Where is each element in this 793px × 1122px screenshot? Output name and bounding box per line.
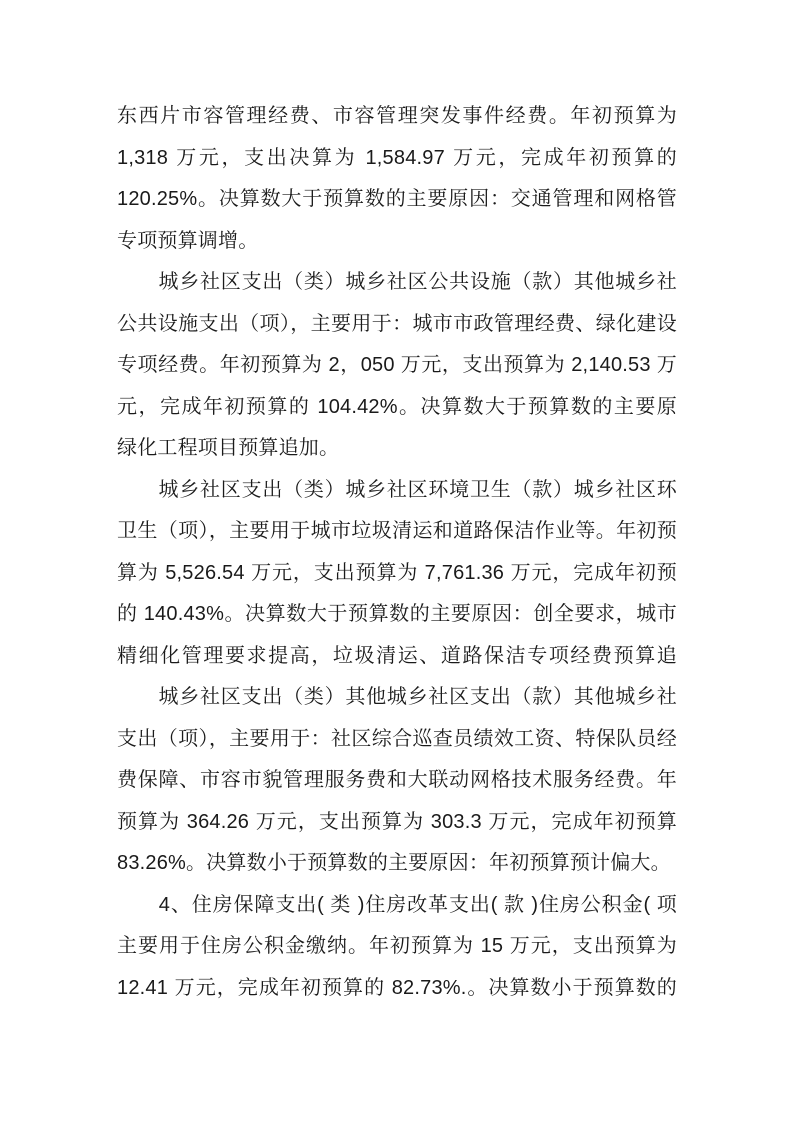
text-line: 公共设施支出（项），主要用于：城市市政管理经费、绿化建设 bbox=[117, 304, 677, 346]
text-line: 专项预算调增。 bbox=[117, 221, 677, 263]
paragraph-public-facilities: 城乡社区支出（类）城乡社区公共设施（款）其他城乡社区 公共设施支出（项），主要用… bbox=[117, 262, 677, 470]
text-line: 元，完成年初预算的 104.42%。决算数大于预算数的主要原因： bbox=[117, 387, 677, 429]
paragraph-other-community-expense: 城乡社区支出（类）其他城乡社区支出（款）其他城乡社区 支出（项），主要用于：社区… bbox=[117, 677, 677, 885]
text-line: 绿化工程项目预算追加。 bbox=[117, 428, 677, 470]
text-line: 1,318 万元，支出决算为 1,584.97 万元，完成年初预算的 bbox=[117, 138, 677, 180]
text-line: 卫生（项），主要用于城市垃圾清运和道路保洁作业等。年初预 bbox=[117, 511, 677, 553]
text-line: 支出（项），主要用于：社区综合巡查员绩效工资、特保队员经 bbox=[117, 719, 677, 761]
text-line: 120.25%。决算数大于预算数的主要原因：交通管理和网格管理 bbox=[117, 179, 677, 221]
text-line: 费保障、市容市貌管理服务费和大联动网格技术服务经费。年初 bbox=[117, 760, 677, 802]
text-line: 预算为 364.26 万元，支出预算为 303.3 万元，完成年初预算的 bbox=[117, 802, 677, 844]
text-line: 主要用于住房公积金缴纳。年初预算为 15 万元，支出预算为 bbox=[117, 926, 677, 968]
text-line: 精细化管理要求提高，垃圾清运、道路保洁专项经费预算追加。 bbox=[117, 636, 677, 678]
text-line: 城乡社区支出（类）城乡社区公共设施（款）其他城乡社区 bbox=[117, 262, 677, 304]
text-line: 算为 5,526.54 万元，支出预算为 7,761.36 万元，完成年初预算 bbox=[117, 553, 677, 595]
text-line: 城乡社区支出（类）城乡社区环境卫生（款）城乡社区环境 bbox=[117, 470, 677, 512]
document-page: 东西片市容管理经费、市容管理突发事件经费。年初预算为 1,318 万元，支出决算… bbox=[0, 0, 793, 1122]
text-line: 的 140.43%。决算数大于预算数的主要原因：创全要求，城市 bbox=[117, 594, 677, 636]
text-line: 12.41 万元，完成年初预算的 82.73%.。决算数小于预算数的主 bbox=[117, 968, 677, 1010]
document-body: 东西片市容管理经费、市容管理突发事件经费。年初预算为 1,318 万元，支出决算… bbox=[117, 96, 677, 1009]
text-line: 83.26%。决算数小于预算数的主要原因：年初预算预计偏大。 bbox=[117, 843, 677, 885]
text-line: 东西片市容管理经费、市容管理突发事件经费。年初预算为 bbox=[117, 96, 677, 138]
text-line: 城乡社区支出（类）其他城乡社区支出（款）其他城乡社区 bbox=[117, 677, 677, 719]
paragraph-environment-sanitation: 城乡社区支出（类）城乡社区环境卫生（款）城乡社区环境 卫生（项），主要用于城市垃… bbox=[117, 470, 677, 678]
paragraph-city-management: 东西片市容管理经费、市容管理突发事件经费。年初预算为 1,318 万元，支出决算… bbox=[117, 96, 677, 262]
text-line: 专项经费。年初预算为 2，050 万元，支出预算为 2,140.53 万 bbox=[117, 345, 677, 387]
text-line: 4、住房保障支出( 类 )住房改革支出( 款 )住房公积金( 项 )， bbox=[117, 885, 677, 927]
paragraph-housing-security: 4、住房保障支出( 类 )住房改革支出( 款 )住房公积金( 项 )， 主要用于… bbox=[117, 885, 677, 1010]
